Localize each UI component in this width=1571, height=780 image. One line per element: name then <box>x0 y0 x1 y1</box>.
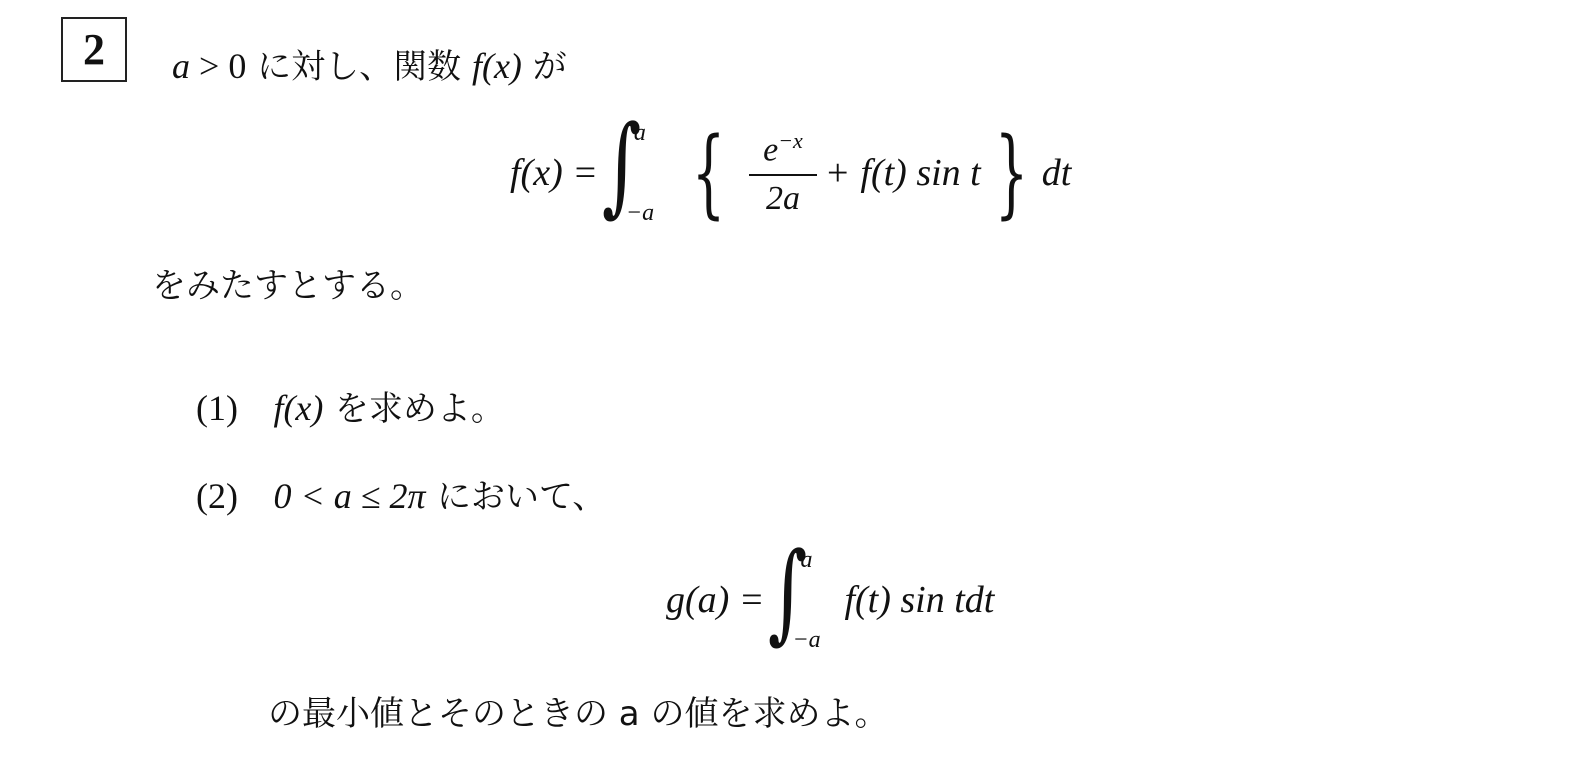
problem-number-box: 2 <box>61 17 127 82</box>
intro-line: a > 0 に対し、関数 f(x) が <box>172 48 567 85</box>
numerator-base: e <box>763 132 778 169</box>
part-1: (1) f(x) を求めよ。 <box>196 390 505 427</box>
part-1-math: f(x) <box>273 388 323 428</box>
math-zero: 0 <box>228 46 246 86</box>
eq1-lower-limit: −a <box>626 200 654 227</box>
math-gt: > <box>190 46 228 86</box>
math-a: a <box>172 46 190 86</box>
eq1-upper-limit: a <box>634 120 646 147</box>
eq1-plus: + <box>827 151 848 195</box>
part-2-label: (2) <box>196 476 238 516</box>
fraction-numerator: e−x <box>759 128 807 173</box>
intro-jp-1: に対し、関数 <box>246 47 472 87</box>
equation-1: f(x) = ∫ a −a { e−x 2a + f(t) sin t } dt <box>510 118 1071 228</box>
eq2-upper-limit: a <box>800 547 812 574</box>
integral-sign-2: ∫ a −a <box>764 545 844 655</box>
fraction: e−x 2a <box>749 128 817 217</box>
eq1-lhs: f(x) = <box>510 151 598 195</box>
eq1-term: f(t) sin t <box>860 151 980 195</box>
integral-sign-1: ∫ a −a <box>598 118 678 228</box>
brace-open: { <box>692 125 726 221</box>
fraction-denominator: 2a <box>766 176 800 218</box>
part-2: (2) 0 < a ≤ 2π において、 <box>196 478 606 515</box>
numerator-exponent: −x <box>778 128 803 153</box>
part-2-math: 0 < a ≤ 2π <box>273 476 425 516</box>
eq2-lower-limit: −a <box>792 627 820 654</box>
part-2-text: において、 <box>437 477 606 517</box>
part-1-text: を求めよ。 <box>335 389 505 429</box>
eq2-integrand: f(t) sin tdt <box>844 578 994 622</box>
equation-2: g(a) = ∫ a −a f(t) sin tdt <box>666 545 994 655</box>
brace-close: } <box>994 125 1028 221</box>
part-1-label: (1) <box>196 388 238 428</box>
eq2-lhs: g(a) = <box>666 578 764 622</box>
math-f: f <box>472 46 482 86</box>
final-text: の最小値とそのときの a の値を求めよ。 <box>268 686 888 735</box>
problem-number: 2 <box>83 24 105 75</box>
condition-text: をみたすとする。 <box>152 258 424 307</box>
intro-jp-2: が <box>522 47 567 87</box>
eq1-dt: dt <box>1042 151 1072 195</box>
math-fx-paren: (x) <box>482 46 522 86</box>
